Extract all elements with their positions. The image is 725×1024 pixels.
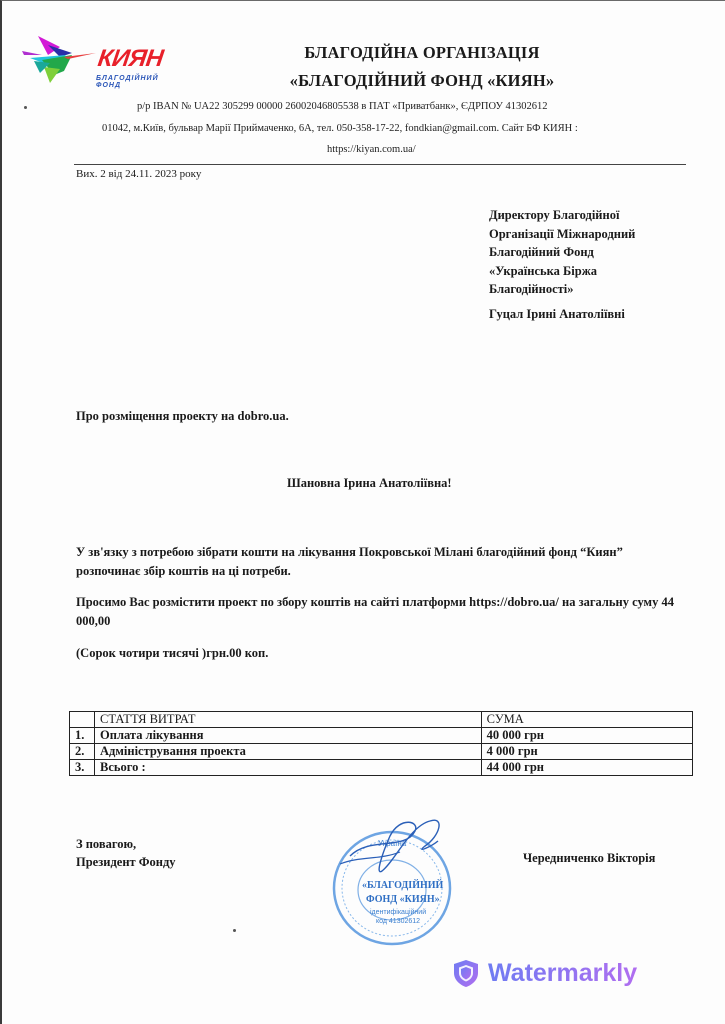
closing-line: З повагою, <box>76 835 176 853</box>
watermark-badge: Watermarkly <box>452 953 637 993</box>
outgoing-reference: Вих. 2 від 24.11. 2023 року <box>76 168 201 180</box>
addressee-line: Благодійний Фонд <box>489 243 689 262</box>
row-item: Оплата лікування <box>95 728 482 744</box>
table-row: 2. Адміністрування проекта 4 000 грн <box>70 744 693 760</box>
header-divider <box>74 164 686 165</box>
closing-block: З повагою, Президент Фонду <box>76 835 176 871</box>
letter-subject: Про розміщення проекту на dobro.ua. <box>76 409 289 424</box>
body-paragraph-1: У зв'язку з потребою зібрати кошти на лі… <box>76 543 676 580</box>
table-header-row: СТАТТЯ ВИТРАТ СУМА <box>70 712 693 728</box>
svg-text:«БЛАГОДІЙНИЙ: «БЛАГОДІЙНИЙ <box>362 879 444 891</box>
svg-text:ідентифікаційний: ідентифікаційний <box>370 908 426 916</box>
signer-name: Чередниченко Вікторія <box>523 851 655 866</box>
budget-table: СТАТТЯ ВИТРАТ СУМА 1. Оплата лікування 4… <box>69 711 693 776</box>
header-cell-sum: СУМА <box>481 712 692 728</box>
addressee-line: Директору Благодійної <box>489 206 689 225</box>
scan-speck <box>24 106 27 109</box>
signer-title: Президент Фонду <box>76 853 176 871</box>
row-sum: 40 000 грн <box>481 728 692 744</box>
salutation: Шановна Ірина Анатоліївна! <box>287 476 452 491</box>
table-row: 1. Оплата лікування 40 000 грн <box>70 728 693 744</box>
bank-requisites: р/р IBAN № UA22 305299 00000 26002046805… <box>137 101 548 112</box>
header-cell-num <box>70 712 95 728</box>
org-title-line1: БЛАГОДІЙНА ОРГАНІЗАЦІЯ <box>252 43 592 63</box>
svg-text:код 41302612: код 41302612 <box>376 918 420 925</box>
logo-subtitle: БЛАГОДІЙНИЙ ФОНД <box>96 75 170 89</box>
addressee-line: Благодійності» <box>489 280 689 299</box>
logo-wordmark: КИЯН <box>96 45 165 73</box>
logo-emblem-icon <box>20 33 100 93</box>
body-paragraph-2: Просимо Вас розмістити проект по збору к… <box>76 593 676 630</box>
org-website: https://kiyan.com.ua/ <box>327 144 416 155</box>
org-address: 01042, м.Київ, бульвар Марії Приймаченко… <box>102 123 578 134</box>
addressee-line: «Українська Біржа <box>489 262 689 281</box>
row-sum: 44 000 грн <box>481 760 692 776</box>
shield-icon <box>452 958 480 988</box>
kiyan-logo: КИЯН БЛАГОДІЙНИЙ ФОНД <box>20 33 170 93</box>
body-paragraph-3: (Сорок чотири тисячі )грн.00 коп. <box>76 644 676 663</box>
row-item: Всього : <box>95 760 482 776</box>
addressee-block: Директору Благодійної Організації Міжнар… <box>489 206 689 299</box>
svg-text:ФОНД «КИЯН»: ФОНД «КИЯН» <box>366 894 440 905</box>
row-number: 3. <box>70 760 95 776</box>
org-title-line2: «БЛАГОДІЙНИЙ ФОНД «КИЯН» <box>222 71 622 91</box>
scan-speck <box>233 929 236 932</box>
letter-page: КИЯН БЛАГОДІЙНИЙ ФОНД БЛАГОДІЙНА ОРГАНІЗ… <box>0 0 725 1024</box>
row-item: Адміністрування проекта <box>95 744 482 760</box>
header-cell-item: СТАТТЯ ВИТРАТ <box>95 712 482 728</box>
stamp-seal-icon: Україна «БЛАГОДІЙНИЙ ФОНД «КИЯН» ідентиф… <box>320 816 470 946</box>
row-number: 2. <box>70 744 95 760</box>
addressee-name: Гуцал Ірині Анатоліївні <box>489 307 625 322</box>
row-sum: 4 000 грн <box>481 744 692 760</box>
table-row: 3. Всього : 44 000 грн <box>70 760 693 776</box>
official-stamp: Україна «БЛАГОДІЙНИЙ ФОНД «КИЯН» ідентиф… <box>320 816 470 946</box>
watermark-text: Watermarkly <box>488 959 637 988</box>
addressee-line: Організації Міжнародний <box>489 225 689 244</box>
row-number: 1. <box>70 728 95 744</box>
